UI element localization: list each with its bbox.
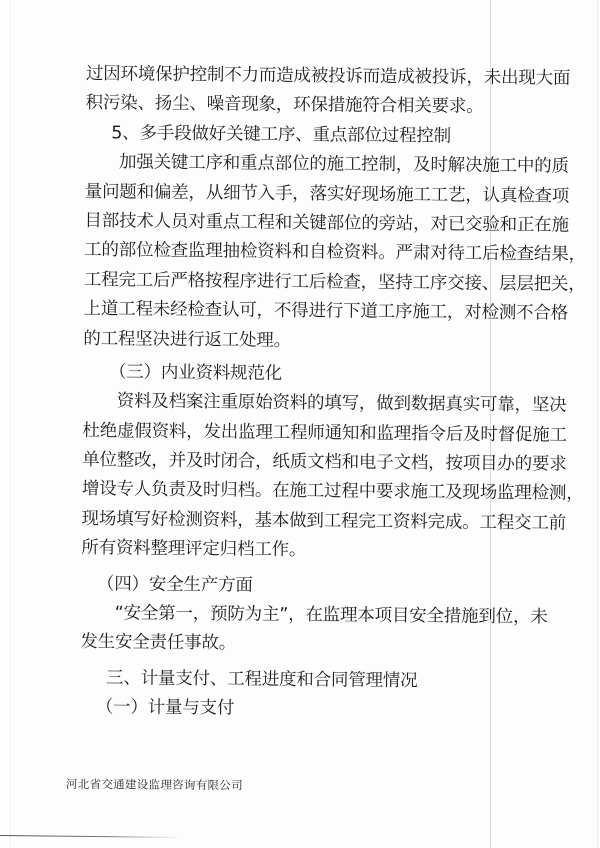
document-page: 过因环境保护控制不力而造成被投诉而造成被投诉，未出现大面 积污染、扬尘、噪音现象… <box>0 0 600 848</box>
heading-measurement-payment: （一）计量与支付 <box>80 693 512 727</box>
scan-bottom-mark <box>0 835 180 838</box>
scan-edge-right <box>597 0 598 848</box>
text-line: 上道工程未经检查认可，不得进行下道工序施工，对检测不合格 <box>83 295 515 329</box>
text-line: 增设专人负责及时归档。在施工过程中要求施工及现场监理检测， <box>82 475 514 509</box>
section-heading-measurement: 三、计量支付、工程进度和合同管理情况 <box>80 664 512 698</box>
text-line: 工的部位检查监理抽检资料和自检资料。严肃对待工后检查结果， <box>84 236 516 270</box>
text-line: 加强关键工序和重点部位的施工控制，及时解决施工中的质 <box>85 148 517 182</box>
heading-key-process: 5、多手段做好关键工序、重点部位过程控制 <box>85 119 517 153</box>
text-line: 所有资料整理评定归档工作。 <box>81 534 513 568</box>
text-line: 现场填写好检测资料，基本做到工程完工资料完成。工程交工前 <box>81 505 513 539</box>
scan-edge-left <box>10 0 11 848</box>
document-body: 过因环境保护控制不力而造成被投诉而造成被投诉，未出现大面 积污染、扬尘、噪音现象… <box>80 60 518 727</box>
paragraph-key-process: 加强关键工序和重点部位的施工控制，及时解决施工中的质 量问题和偏差，从细节入手，… <box>83 148 517 358</box>
text-line: 目部技术人员对重点工程和关键部位的旁站，对已交验和正在施 <box>84 207 516 241</box>
text-line: 工程完工后严格按程序进行工后检查，坚持工序交接、层层把关， <box>84 266 516 300</box>
heading-internal-docs: （三）内业资料规范化 <box>83 358 515 392</box>
text-line: 资料及档案注重原始资料的填写，做到数据真实可靠，坚决 <box>83 387 515 421</box>
paragraph-safety: “安全第一，预防为主”，在监理本项目安全措施到位，未 发生安全责任事故。 <box>80 599 513 662</box>
text-line: 量问题和偏差，从细节入手，落实好现场施工工艺，认真检查项 <box>85 178 517 212</box>
text-line: 单位整改，并及时闭合，纸质文档和电子文档，按项目办的要求 <box>82 446 514 480</box>
text-line: 过因环境保护控制不力而造成被投诉而造成被投诉，未出现大面 <box>86 60 518 94</box>
text-line: 发生安全责任事故。 <box>80 628 512 662</box>
text-line: 杜绝虚假资料，发出监理工程师通知和监理指令后及时督促施工 <box>82 417 514 451</box>
paragraph-environment: 过因环境保护控制不力而造成被投诉而造成被投诉，未出现大面 积污染、扬尘、噪音现象… <box>85 60 518 123</box>
paragraph-internal-docs: 资料及档案注重原始资料的填写，做到数据真实可靠，坚决 杜绝虚假资料，发出监理工程… <box>81 387 515 567</box>
text-line: 的工程坚决进行返工处理。 <box>83 325 515 359</box>
footer-company-name: 河北省交通建设监理咨询有限公司 <box>66 776 243 793</box>
text-line: “安全第一，预防为主”，在监理本项目安全措施到位，未 <box>81 599 513 633</box>
heading-safety: （四）安全生产方面 <box>81 570 513 604</box>
text-line: 积污染、扬尘、噪音现象，环保措施符合相关要求。 <box>85 89 517 123</box>
